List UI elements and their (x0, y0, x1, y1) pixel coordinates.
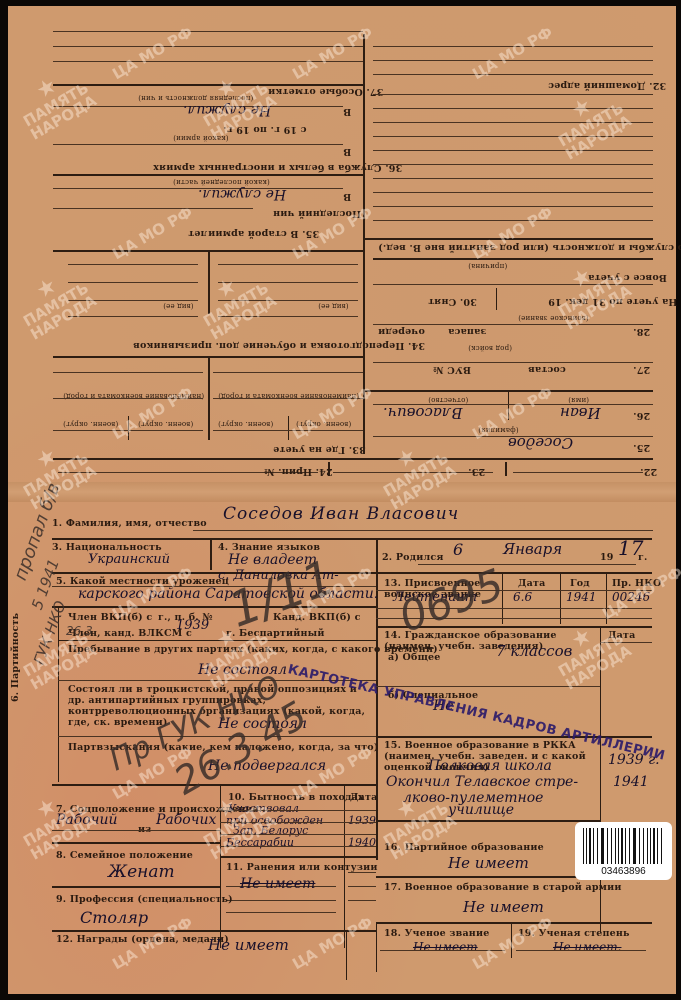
f8-value: Женат (108, 862, 175, 882)
f27-sostav: состав (528, 364, 566, 375)
f12-value: Не имеет (208, 936, 289, 954)
f15-line1: Полковая школа (428, 758, 552, 774)
f35-caption: (какой последней части) (173, 178, 270, 186)
f24-label: 24. Прип. № (264, 466, 333, 477)
f35-let: лет (188, 228, 207, 239)
f22-label: 22. (640, 466, 657, 477)
f37-label: 37. Особые отметки (268, 86, 383, 97)
f27-vus: ВУС № (433, 364, 471, 375)
f36-v: В (343, 106, 351, 117)
f31-label: 31. Место службы и должность (или род за… (378, 242, 681, 253)
f34-label: 34. Переподготовка и обучение доп. призы… (133, 340, 425, 351)
f33-caption-okrug-3: (военн. округ) (218, 420, 273, 428)
f13-header-date: Дата (518, 578, 545, 589)
f36-v2: В (343, 146, 351, 157)
f19-value: Не имеет. (553, 940, 621, 954)
barcode-number: 03463896 (575, 866, 672, 877)
f16-value: Не имеет (448, 854, 529, 872)
f2-month: Января (503, 540, 562, 558)
f23-label: 23. (468, 466, 485, 477)
f28-zapasa: запаса (448, 326, 486, 337)
vovse-caption: (причина) (468, 262, 507, 270)
f11-value: Не имеет (240, 876, 315, 892)
f27-label: 27. (633, 364, 650, 375)
fold-crease (8, 482, 676, 502)
barcode-label: 03463896 (575, 822, 672, 880)
f1-value: Соседов Иван Власович (223, 504, 459, 524)
f26-label: 26. (633, 410, 650, 421)
f34-caption-left: (вид ее) (163, 302, 194, 310)
f35-value: Не служил. (198, 186, 286, 202)
f13-date: 6.6 (513, 590, 532, 604)
f2-label: 2. Родился (382, 552, 444, 563)
f15-line4: училище (448, 802, 514, 818)
f13-year: 1941 (566, 590, 597, 604)
f9-value: Столяр (80, 908, 148, 927)
f10-date-2: 1940 (348, 836, 376, 849)
f8-label: 8. Семейное положение (56, 850, 193, 861)
f25-label: 25. (633, 442, 650, 453)
f35-label: 35. В старой армии (208, 228, 319, 239)
f33-label: 33. Где на учете (273, 444, 366, 455)
f25-value: Соседов (508, 434, 573, 452)
f2-day: 6 (453, 540, 463, 559)
f17-label: 17. Военное образование в старой армии (384, 882, 622, 893)
f15-year2: 1941 (613, 774, 649, 790)
f18-value: Не имеет (413, 940, 478, 954)
f26-name-caption: (имя) (568, 396, 589, 404)
f3-value: Украинский (88, 552, 170, 567)
f17-value: Не имеет (463, 898, 544, 916)
f15-line2: Окончил Телавское стре- (386, 774, 578, 790)
f26-patronymic-caption: (отчество) (428, 396, 468, 404)
f35-v: В (343, 191, 351, 202)
f30-label: 30. Снят (428, 296, 477, 307)
f2-g: г. (638, 552, 648, 563)
f28-ochered: очереди (378, 326, 425, 337)
f18-label: 18. Ученое звание (384, 928, 489, 939)
f13-header-year: Год (570, 578, 590, 589)
f34-caption-right: (вид ее) (318, 302, 349, 310)
barcode-icon (583, 828, 664, 864)
f26-name-value: Иван (560, 404, 601, 422)
f6-komsomol-year: 1939 (176, 618, 209, 633)
f26-patronymic-value: Власович. (383, 404, 462, 422)
f6-member: Член ВКП(б) с (68, 612, 152, 623)
f1-label: 1. Фамилия, имя, отчество (52, 518, 207, 529)
f10-date-header: Дата (350, 792, 377, 803)
f2-year-prefix: 19 (600, 552, 614, 563)
f28-label: 28. (633, 326, 650, 337)
f9-label: 9. Профессия (специальность) (56, 894, 233, 905)
f27-caption: (род войск) (468, 344, 512, 352)
f14-a-label: а) Общее (388, 652, 441, 663)
